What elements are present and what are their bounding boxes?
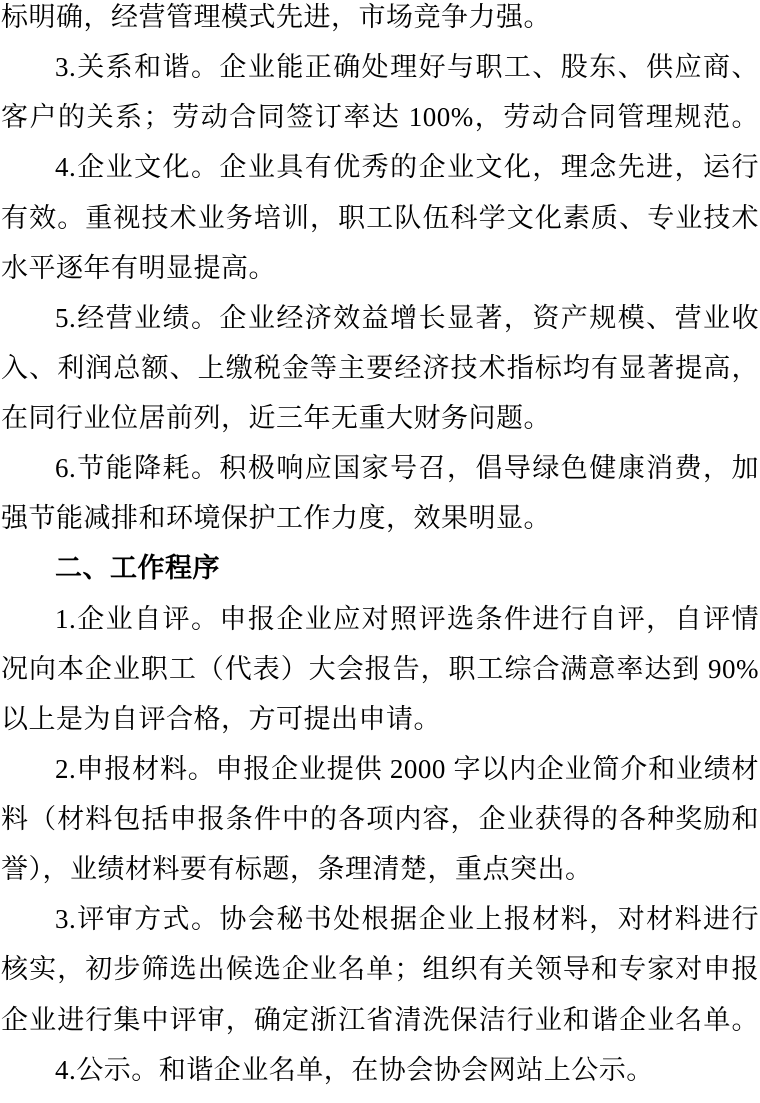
text-line: 以上是为自评合格，方可提出申请。 [1, 694, 759, 744]
document-page: 标明确，经营管理模式先进，市场竞争力强。 3.关系和谐。企业能正确处理好与职工、… [0, 0, 760, 1103]
text-line: 誉），业绩材料要有标题，条理清楚，重点突出。 [1, 844, 759, 894]
text-line: 核实，初步筛选出候选企业名单；组织有关领导和专家对申报 [1, 944, 759, 994]
text-line: 况向本企业职工（代表）大会报告，职工综合满意率达到 90% [1, 644, 759, 694]
section-heading: 二、工作程序 [1, 543, 759, 593]
text-line: 标明确，经营管理模式先进，市场竞争力强。 [1, 0, 759, 42]
text-line: 有效。重视技术业务培训，职工队伍科学文化素质、专业技术 [1, 193, 759, 243]
text-line: 4.企业文化。企业具有优秀的企业文化，理念先进，运行 [1, 142, 759, 192]
text-line: 5.经营业绩。企业经济效益增长显著，资产规模、营业收 [1, 293, 759, 343]
text-line: 在同行业位居前列，近三年无重大财务问题。 [1, 393, 759, 443]
text-line: 客户的关系；劳动合同签订率达 100%，劳动合同管理规范。 [1, 92, 759, 142]
text-line: 企业进行集中评审，确定浙江省清洗保洁行业和谐企业名单。 [1, 995, 759, 1045]
text-line: 3.评审方式。协会秘书处根据企业上报材料，对材料进行 [1, 894, 759, 944]
text-line: 强节能减排和环境保护工作力度，效果明显。 [1, 493, 759, 543]
text-line: 6.节能降耗。积极响应国家号召，倡导绿色健康消费，加 [1, 443, 759, 493]
text-line: 3.关系和谐。企业能正确处理好与职工、股东、供应商、 [1, 42, 759, 92]
text-line: 1.企业自评。申报企业应对照评选条件进行自评，自评情 [1, 594, 759, 644]
text-line: 水平逐年有明显提高。 [1, 243, 759, 293]
text-line: 4.公示。和谐企业名单，在协会协会网站上公示。 [1, 1045, 759, 1095]
text-line: 入、利润总额、上缴税金等主要经济技术指标均有显著提高， [1, 343, 759, 393]
document-text-block: 标明确，经营管理模式先进，市场竞争力强。 3.关系和谐。企业能正确处理好与职工、… [0, 0, 760, 1095]
text-line: 料（材料包括申报条件中的各项内容，企业获得的各种奖励和荣 [1, 794, 759, 844]
text-line: 2.申报材料。申报企业提供 2000 字以内企业简介和业绩材 [1, 744, 759, 794]
